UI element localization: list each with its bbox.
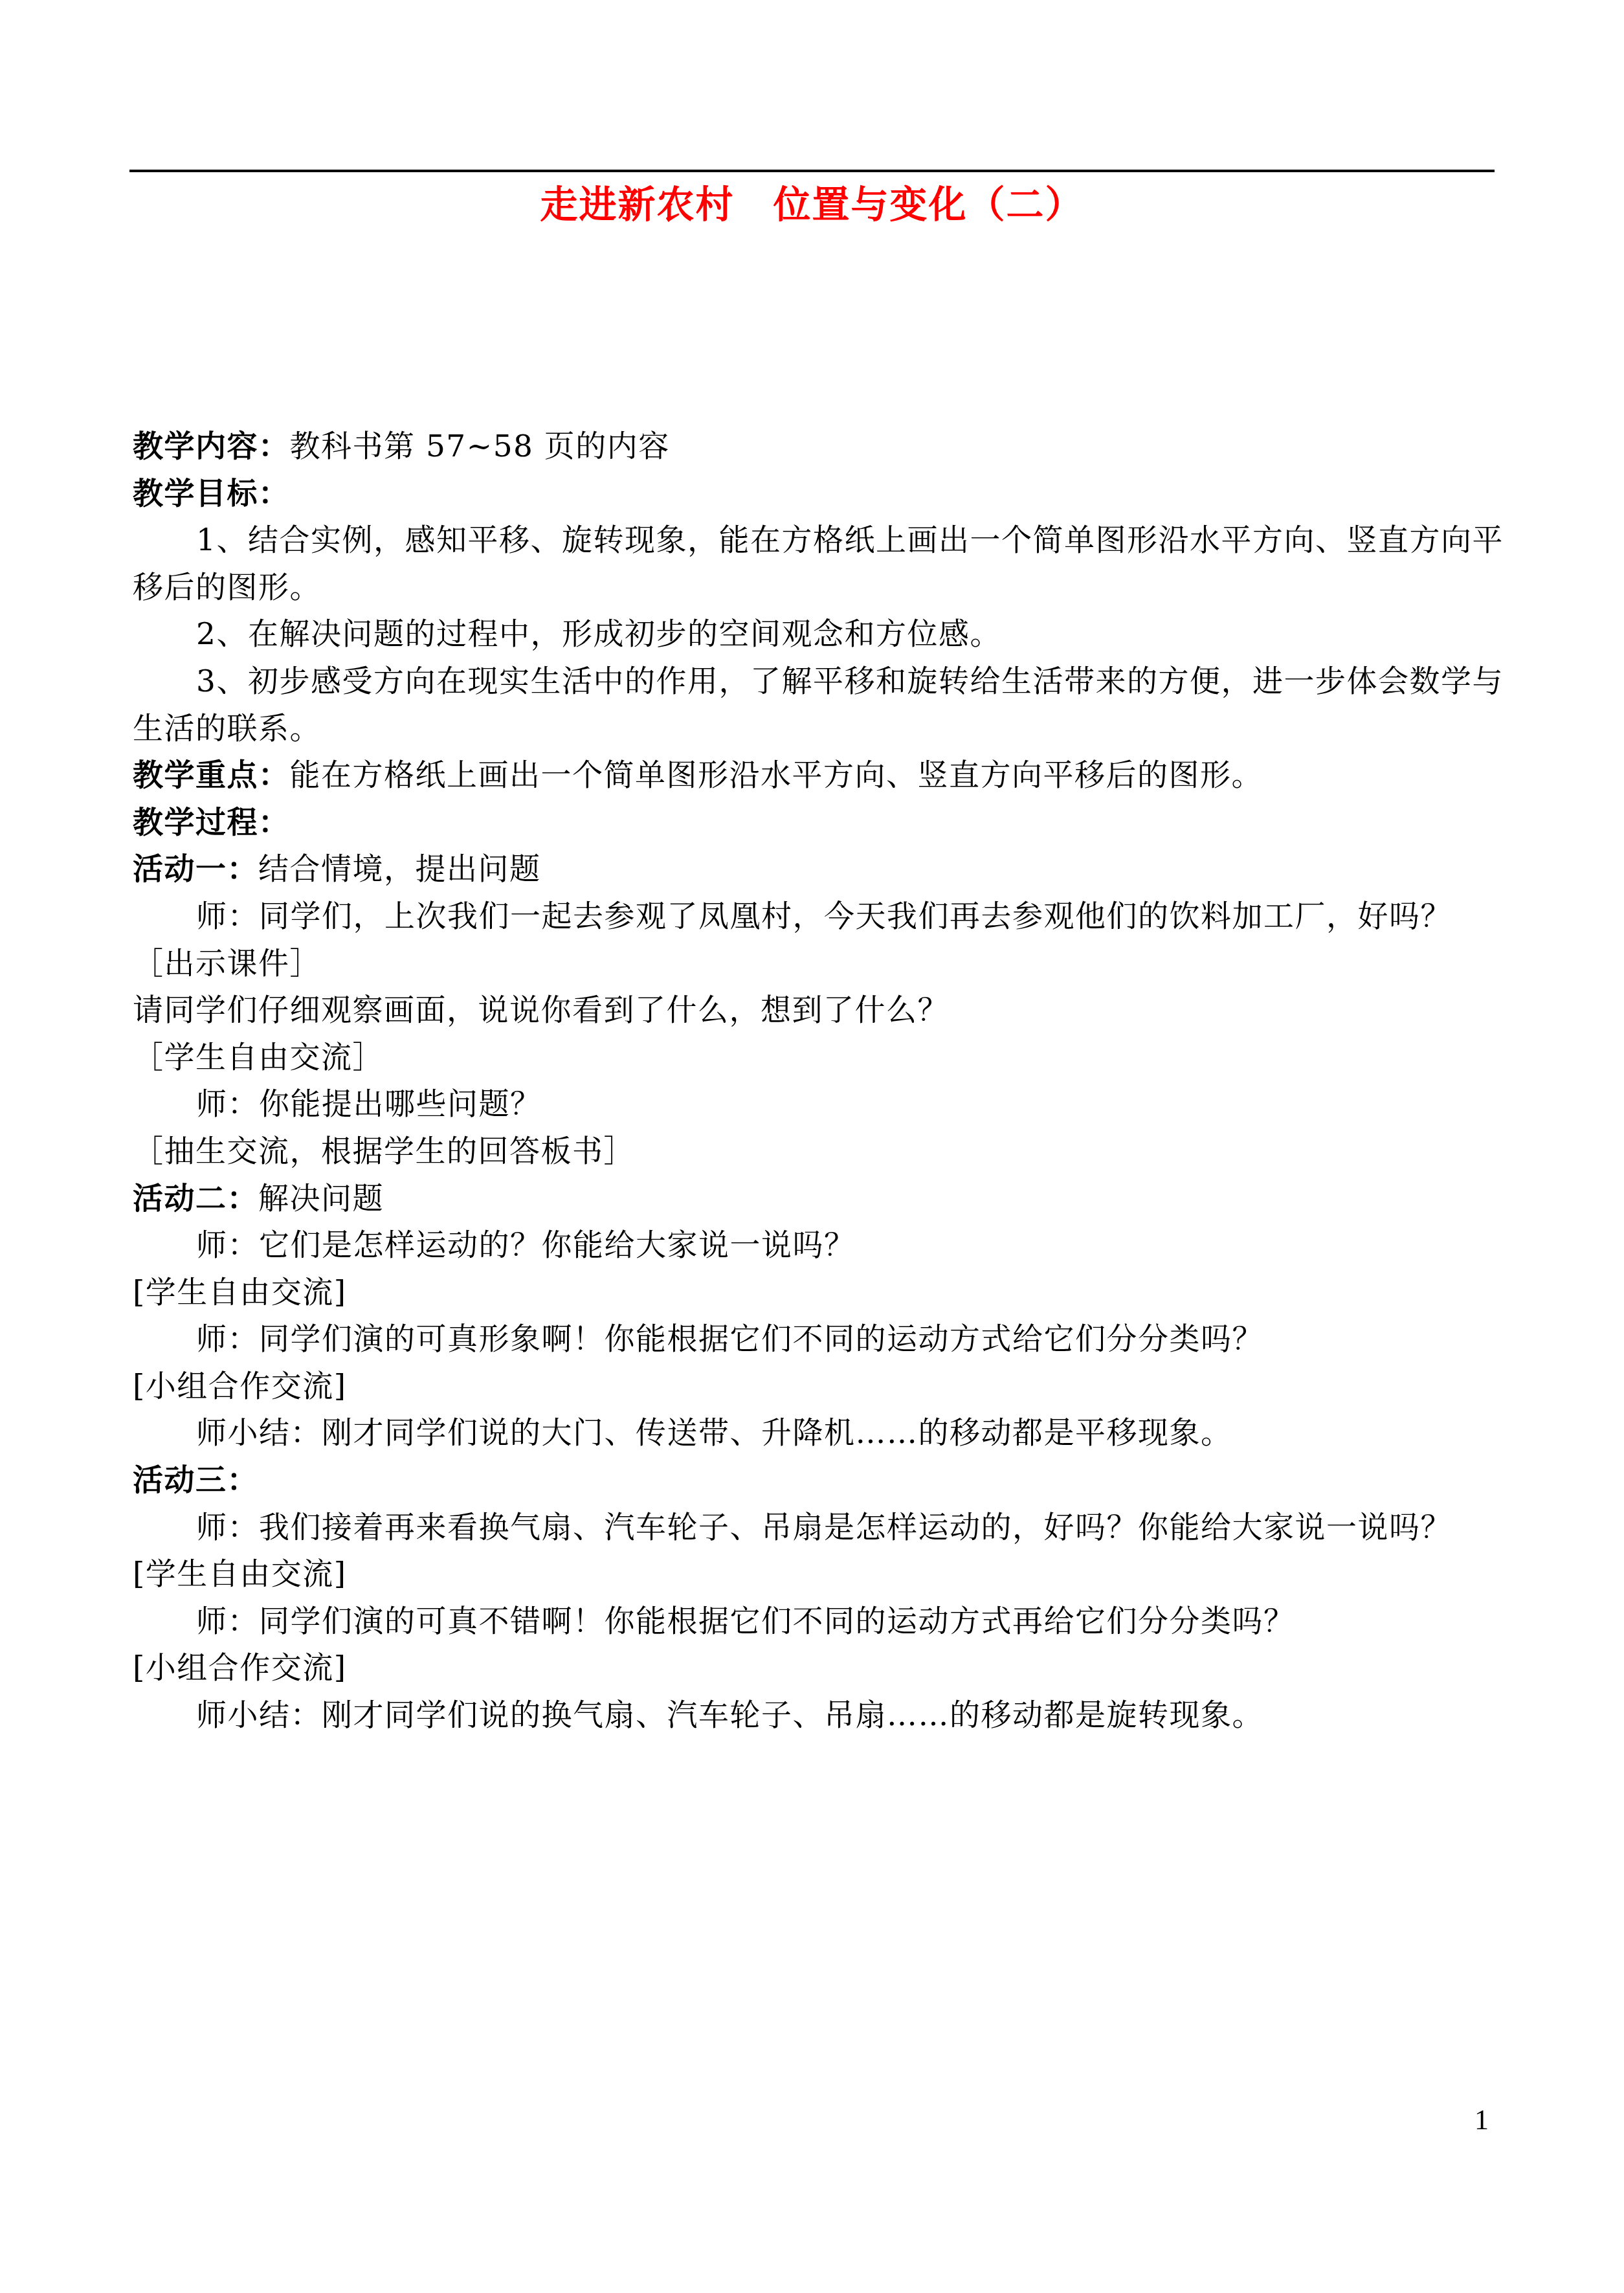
activity-1-heading: 活动一：结合情境，提出问题 (133, 846, 1505, 893)
page-number: 1 (1474, 2102, 1489, 2138)
content-label: 教学内容： (133, 429, 290, 464)
activity-1-label: 活动一： (133, 851, 258, 887)
process-label: 教学过程： (133, 805, 290, 840)
content-line: 教学内容：教科书第 57~58 页的内容 (133, 423, 1505, 471)
objectives-label: 教学目标： (133, 476, 290, 511)
activity-3-note-2: [小组合作交流] (133, 1645, 1505, 1692)
activity-3-teacher-line-1: 师：我们接着再来看换气扇、汽车轮子、吊扇是怎样运动的，好吗？你能给大家说一说吗？ (133, 1504, 1505, 1552)
key-point-line: 教学重点：能在方格纸上画出一个简单图形沿水平方向、竖直方向平移后的图形。 (133, 752, 1505, 800)
activity-2-summary: 师小结：刚才同学们说的大门、传送带、升降机……的移动都是平移现象。 (133, 1410, 1505, 1457)
activity-3-summary: 师小结：刚才同学们说的换气扇、汽车轮子、吊扇……的移动都是旋转现象。 (133, 1692, 1505, 1739)
activity-2-teacher-line-1: 师：它们是怎样运动的？你能给大家说一说吗？ (133, 1222, 1505, 1270)
objective-item-1: 1、结合实例，感知平移、旋转现象，能在方格纸上画出一个简单图形沿水平方向、竖直方… (133, 517, 1505, 611)
key-point-label: 教学重点： (133, 757, 290, 793)
activity-2-label: 活动二： (133, 1181, 258, 1216)
activity-3-teacher-line-2: 师：同学们演的可真不错啊！你能根据它们不同的运动方式再给它们分分类吗？ (133, 1598, 1505, 1646)
objectives-heading-line: 教学目标： (133, 471, 1505, 518)
process-heading-line: 教学过程： (133, 800, 1505, 847)
document-title: 走进新农村 位置与变化（二） (0, 181, 1624, 228)
activity-2-note-2: [小组合作交流] (133, 1363, 1505, 1411)
document-body: 教学内容：教科书第 57~58 页的内容 教学目标： 1、结合实例，感知平移、旋… (133, 423, 1505, 1739)
activity-1-subtitle: 结合情境，提出问题 (258, 851, 541, 887)
activity-2-teacher-line-2: 师：同学们演的可真形象啊！你能根据它们不同的运动方式给它们分分类吗？ (133, 1316, 1505, 1363)
objective-item-2: 2、在解决问题的过程中，形成初步的空间观念和方位感。 (133, 611, 1505, 658)
key-point-text: 能在方格纸上画出一个简单图形沿水平方向、竖直方向平移后的图形。 (290, 757, 1263, 793)
activity-1-teacher-line-2: 师：你能提出哪些问题？ (133, 1081, 1505, 1128)
activity-3-label: 活动三： (133, 1462, 258, 1498)
activity-1-note-1: ［出示课件］ (133, 941, 1505, 988)
activity-3-note-1: [学生自由交流] (133, 1551, 1505, 1598)
activity-2-heading: 活动二：解决问题 (133, 1176, 1505, 1223)
content-text: 教科书第 57~58 页的内容 (290, 429, 670, 464)
objective-item-3: 3、初步感受方向在现实生活中的作用，了解平移和旋转给生活带来的方便，进一步体会数… (133, 658, 1505, 752)
header-rule (129, 170, 1495, 172)
activity-1-prompt: 请同学们仔细观察画面，说说你看到了什么，想到了什么？ (133, 987, 1505, 1035)
activity-3-heading: 活动三： (133, 1457, 1505, 1504)
activity-1-note-3: ［抽生交流，根据学生的回答板书］ (133, 1128, 1505, 1176)
activity-2-note-1: [学生自由交流] (133, 1270, 1505, 1317)
activity-1-note-2: ［学生自由交流］ (133, 1035, 1505, 1082)
activity-1-teacher-line-1: 师：同学们，上次我们一起去参观了凤凰村，今天我们再去参观他们的饮料加工厂，好吗？ (133, 893, 1505, 941)
activity-2-subtitle: 解决问题 (258, 1181, 384, 1216)
